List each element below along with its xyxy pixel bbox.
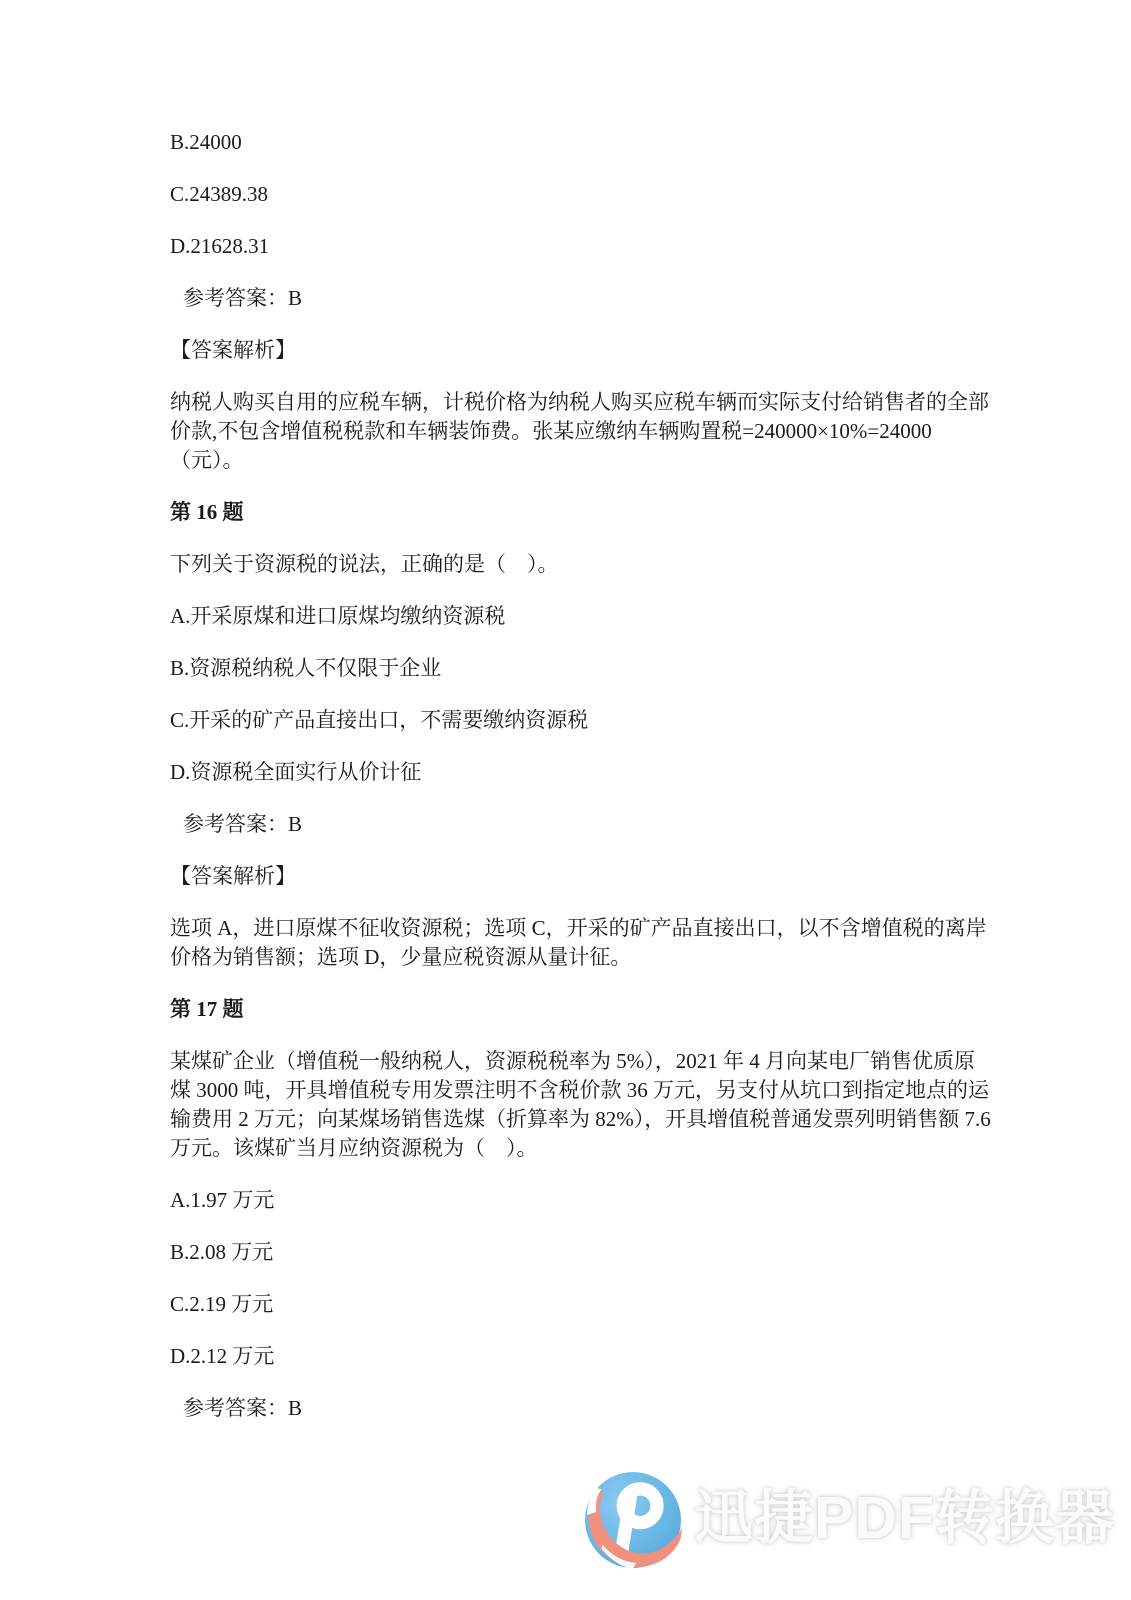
reference-answer: 参考答案：B bbox=[170, 1394, 992, 1423]
question-16-block: 第 16 题 下列关于资源税的说法，正确的是（ ）。 A.开采原煤和进口原煤均缴… bbox=[170, 498, 992, 972]
option-d: D.资源税全面实行从价计征 bbox=[170, 758, 992, 787]
analysis-text: 选项 A，进口原煤不征收资源税；选项 C，开采的矿产品直接出口，以不含增值税的离… bbox=[170, 914, 992, 972]
option-d: D.2.12 万元 bbox=[170, 1342, 992, 1371]
option-b: B.资源税纳税人不仅限于企业 bbox=[170, 654, 992, 683]
question-text: 某煤矿企业（增值税一般纳税人，资源税税率为 5%），2021 年 4 月向某电厂… bbox=[170, 1047, 992, 1163]
question-text: 下列关于资源税的说法，正确的是（ ）。 bbox=[170, 550, 992, 579]
analysis-header: 【答案解析】 bbox=[170, 336, 992, 365]
option-c: C.2.19 万元 bbox=[170, 1290, 992, 1319]
question-17-block: 第 17 题 某煤矿企业（增值税一般纳税人，资源税税率为 5%），2021 年 … bbox=[170, 995, 992, 1423]
option-a: A.1.97 万元 bbox=[170, 1186, 992, 1215]
option-d: D.21628.31 bbox=[170, 232, 992, 261]
watermark-text: 迅捷PDF转换器 bbox=[694, 1467, 1115, 1569]
question-15-block: B.24000 C.24389.38 D.21628.31 参考答案：B 【答案… bbox=[170, 128, 992, 475]
option-a: A.开采原煤和进口原煤均缴纳资源税 bbox=[170, 602, 992, 631]
document-page: B.24000 C.24389.38 D.21628.31 参考答案：B 【答案… bbox=[0, 0, 1131, 1600]
question-title: 第 17 题 bbox=[170, 995, 992, 1024]
reference-answer: 参考答案：B bbox=[170, 284, 992, 313]
reference-answer: 参考答案：B bbox=[170, 810, 992, 839]
analysis-header: 【答案解析】 bbox=[170, 862, 992, 891]
watermark: 迅捷PDF转换器 bbox=[582, 1467, 1115, 1569]
document-content: B.24000 C.24389.38 D.21628.31 参考答案：B 【答案… bbox=[170, 128, 992, 1446]
pdf-converter-logo-icon bbox=[582, 1467, 684, 1569]
question-title: 第 16 题 bbox=[170, 498, 992, 527]
option-b: B.24000 bbox=[170, 128, 992, 157]
option-b: B.2.08 万元 bbox=[170, 1238, 992, 1267]
analysis-text: 纳税人购买自用的应税车辆，计税价格为纳税人购买应税车辆而实际支付给销售者的全部价… bbox=[170, 388, 992, 475]
option-c: C.开采的矿产品直接出口，不需要缴纳资源税 bbox=[170, 706, 992, 735]
option-c: C.24389.38 bbox=[170, 180, 992, 209]
